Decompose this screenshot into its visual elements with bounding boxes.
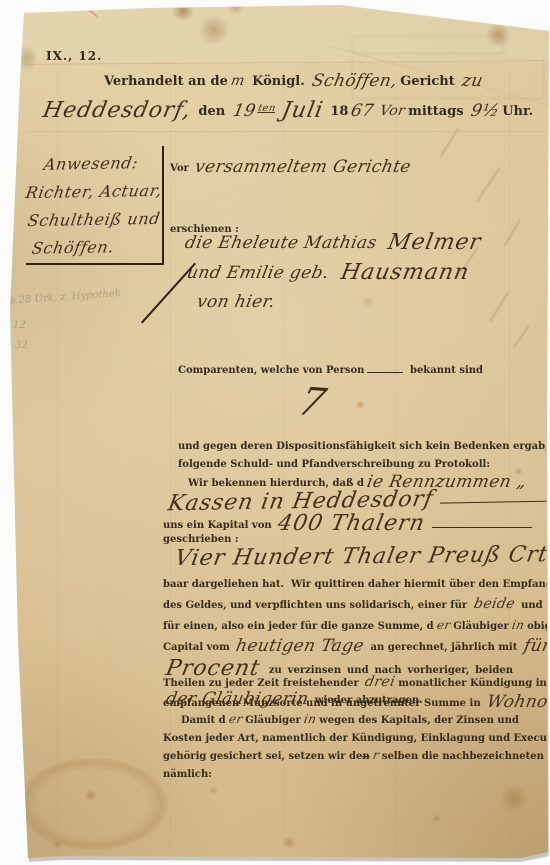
bleed-through-stroke — [439, 128, 458, 158]
stain — [518, 2, 534, 14]
text-segment: Vor — [170, 163, 192, 174]
text-segment: Schöffen, — [311, 73, 399, 90]
text-segment: der Gläubigerin — [164, 691, 310, 708]
pencil-note: № 28 Urk. z. Hypothek — [6, 288, 122, 307]
text-segment: Hausmann — [338, 262, 470, 284]
text-segment: für einen, also ein jeder für die ganze … — [163, 621, 434, 632]
stain — [18, 42, 36, 74]
bleed-through-stroke — [489, 292, 508, 322]
text-segment: wegen des Kapitals, der Zinsen und — [319, 715, 519, 726]
pencil-note: 12 — [13, 320, 26, 331]
text-segment: Theilen zu jeder Zeit freistehender — [163, 678, 362, 689]
stain — [360, 296, 376, 306]
text-segment: Gläubiger — [245, 715, 301, 726]
pencil-note: 32 — [15, 340, 28, 351]
text-segment: geschrieben : — [163, 534, 239, 545]
text-segment: beide — [472, 597, 516, 611]
text-segment: 67 — [350, 103, 376, 120]
security-line: nämlich: — [163, 766, 212, 783]
text-segment: er — [227, 713, 243, 725]
bleed-through-table — [352, 36, 504, 54]
text-segment: in — [511, 619, 526, 631]
text-segment: fünf — [522, 638, 550, 655]
text-segment: 19 — [231, 103, 257, 120]
text-segment: uns ein Kapital von — [163, 520, 275, 531]
text-segment: monatlicher Kündigung in der — [398, 678, 550, 689]
text-segment: Wir bekennen hierdurch, daß d — [188, 478, 364, 489]
text-segment: drei — [364, 675, 397, 689]
appeared-parties-line: und Emilie geb. Hausmann — [184, 260, 472, 283]
session-opening-line: Vor versammeltem Gerichte — [170, 158, 414, 177]
text-segment: Uhr. — [502, 104, 533, 119]
text-segment: selben die nachbezeichneten Immobilien, — [382, 751, 550, 762]
text-segment: er — [435, 619, 451, 631]
text-segment: Damit d — [181, 715, 226, 726]
attendees-line: Schöffen. — [30, 233, 117, 262]
security-line: gehörig gesichert sei, setzen wir denrse… — [163, 748, 513, 765]
text-segment: in — [303, 713, 318, 725]
inline-rule — [432, 521, 532, 529]
text-segment: Kosten jeder Art, namentlich der Kündigu… — [163, 733, 550, 744]
security-line: Kosten jeder Art, namentlich der Kündigu… — [163, 730, 513, 747]
text-segment: 18 — [326, 104, 349, 119]
stain — [432, 814, 441, 823]
document-paper: IX., 12. Verhandelt an dem Königl. Schöf… — [0, 0, 550, 865]
obligation-line: des Geldes, und verpflichten uns solidar… — [163, 597, 513, 614]
text-segment: heutigen Tage — [235, 638, 366, 655]
stain — [498, 786, 530, 812]
handwritten-mark: 7 — [293, 379, 331, 425]
text-segment: folgende Schuld- und Pfandverschreibung … — [178, 459, 490, 470]
stain — [484, 24, 512, 46]
text-segment: Comparenten, welche von Person — [178, 365, 364, 376]
text-segment: Heddesdorf, — [41, 100, 193, 122]
bleed-through-stroke — [513, 326, 529, 348]
text-segment: und gegen deren Dispositionsfähigkeit si… — [178, 441, 550, 452]
text-segment: obiges — [527, 621, 550, 632]
text-segment: wieder abzutragen. — [311, 695, 422, 706]
text-segment: Vier Hundert Thaler Preuß Crt. — [173, 544, 550, 570]
text-segment: Königl. — [248, 74, 310, 89]
obligation-line: für einen, also ein jeder für die ganze … — [163, 618, 513, 635]
stain — [84, 790, 97, 801]
attendees-line: Schultheiß und — [26, 205, 163, 235]
text-segment: m — [230, 74, 246, 88]
text-segment: baar dargeliehen hat. Wir quittiren dahe… — [163, 579, 550, 590]
text-segment: und — [518, 600, 547, 611]
text-segment: Gläubiger — [453, 621, 509, 632]
obligation-line: baar dargeliehen hat. Wir quittiren dahe… — [163, 576, 513, 593]
text-segment: mittags — [408, 104, 468, 119]
text-segment: versammeltem Gerichte — [194, 159, 413, 176]
obligation-line: Capital vom heutigen Tage an gerechnet, … — [163, 637, 513, 656]
text-segment: die Eheleute Mathias — [183, 235, 384, 252]
text-segment: zu — [461, 73, 485, 90]
appeared-parties-line: die Eheleute Mathias Melmer — [182, 230, 484, 253]
text-segment: Melmer — [386, 232, 483, 254]
stain — [196, 16, 232, 44]
text-segment: Verhandelt an de — [104, 74, 228, 89]
text-segment: 400 Thalern — [276, 513, 427, 535]
text-segment: von hier. — [195, 294, 276, 311]
text-segment: Juli — [280, 100, 325, 122]
printed-rule — [28, 131, 544, 132]
attendees-line: Richter, Actuar, — [24, 177, 165, 207]
photo-backdrop: IX., 12. Verhandelt an dem Königl. Schöf… — [0, 0, 550, 865]
bleed-through-stroke — [476, 168, 500, 202]
text-segment: Gericht — [400, 74, 459, 89]
stain — [170, 2, 196, 20]
text-segment: 9½ — [469, 103, 500, 120]
attendees-box-border — [26, 263, 164, 265]
inline-rule — [367, 365, 403, 373]
text-segment: Capital vom — [163, 642, 233, 653]
amount-in-words-line: Vier Hundert Thaler Preuß Crt. — [172, 542, 550, 569]
stain — [282, 836, 297, 849]
text-segment: n — [362, 751, 369, 762]
stain — [18, 758, 168, 850]
declaration-line: und gegen deren Dispositionsfähigkeit si… — [178, 438, 512, 455]
obligation-line: der Gläubigerin wieder abzutragen. — [163, 690, 513, 709]
appeared-parties-line: von hier. — [194, 293, 278, 312]
text-segment: ten — [257, 104, 277, 114]
text-segment: Vor — [379, 104, 407, 118]
declaration-line: folgende Schuld- und Pfandverschreibung … — [178, 456, 490, 473]
header-line-2: Heddesdorf, den 19tenJuli 1867Vormittags… — [40, 98, 530, 121]
header-line-1: Verhandelt an dem Königl. Schöffen,Geric… — [85, 72, 505, 91]
stain — [208, 786, 219, 795]
stain — [52, 840, 63, 849]
comparenten-line: Comparenten, welche von Person bekannt s… — [178, 362, 483, 379]
inline-rule — [440, 494, 550, 503]
filing-reference: IX., 12. — [46, 48, 102, 65]
bleed-through-stroke — [504, 219, 520, 246]
text-segment: und Emilie geb. — [185, 265, 336, 282]
text-segment: gehörig gesichert sei, setzen wir de — [163, 751, 362, 762]
text-segment: an gerechnet, jährlich mit — [367, 642, 521, 653]
stain — [226, 0, 246, 14]
stain — [356, 400, 365, 409]
attendees-line: Anwesend: — [42, 149, 141, 179]
text-segment: bekannt sind — [406, 365, 483, 376]
text-segment: nämlich: — [163, 769, 212, 780]
text-segment: r — [372, 749, 380, 761]
text-segment: den — [194, 104, 230, 119]
text-segment: des Geldes, und verpflichten uns solidar… — [163, 600, 471, 611]
security-line: Damit derGläubigerinwegen des Kapitals, … — [181, 712, 513, 729]
